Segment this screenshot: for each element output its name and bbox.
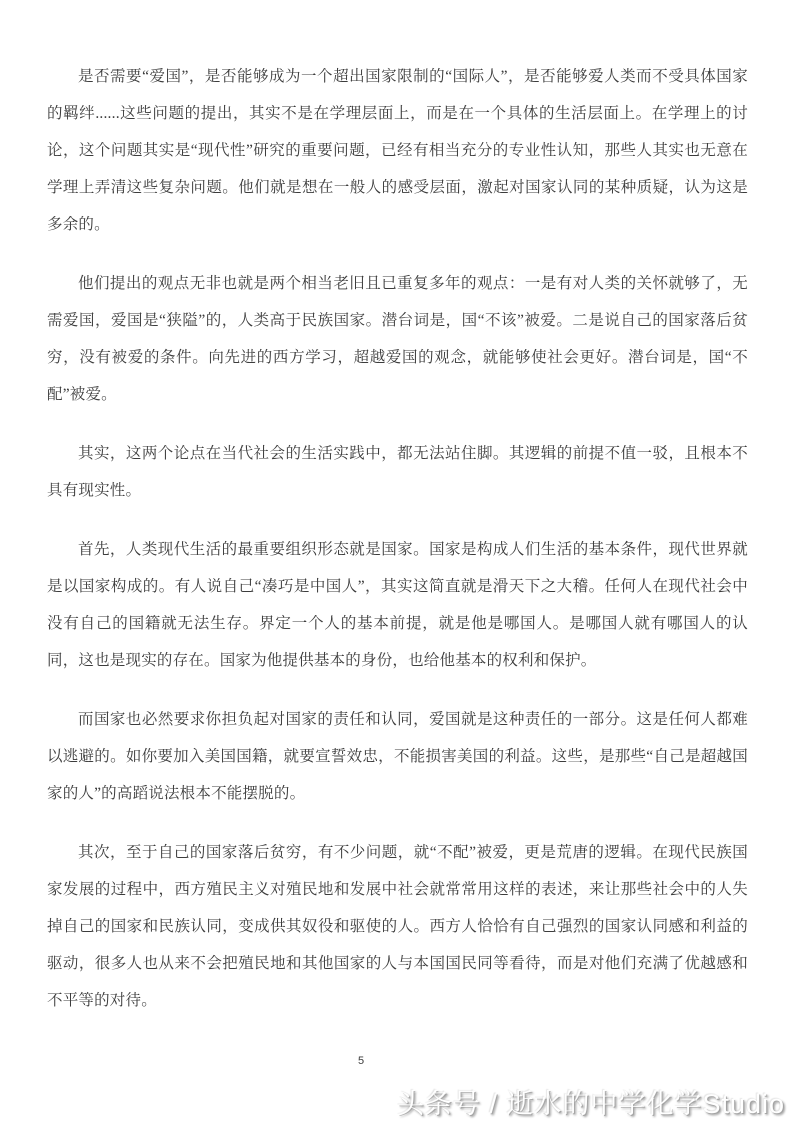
paragraph-3: 其实，这两个论点在当代社会的生活实践中，都无法站住脚。其逻辑的前提不值一驳，且根… (47, 435, 748, 509)
paragraph-2: 他们提出的观点无非也就是两个相当老旧且已重复多年的观点：一是有对人类的关怀就够了… (47, 265, 748, 413)
paragraph-5: 而国家也必然要求你担负起对国家的责任和认同，爱国就是这种责任的一部分。这是任何人… (47, 701, 748, 812)
paragraph-1: 是否需要“爱国”，是否能够成为一个超出国家限制的“国际人”，是否能够爱人类而不受… (47, 58, 748, 243)
document-page: 是否需要“爱国”，是否能够成为一个超出国家限制的“国际人”，是否能够爱人类而不受… (0, 0, 793, 1122)
watermark: 头条号 / 逝水的中学化学Studio (397, 1082, 785, 1121)
paragraph-4: 首先，人类现代生活的最重要组织形态就是国家。国家是构成人们生活的基本条件，现代世… (47, 531, 748, 679)
document-body: 是否需要“爱国”，是否能够成为一个超出国家限制的“国际人”，是否能够爱人类而不受… (47, 58, 748, 1041)
page-number: 5 (0, 1055, 722, 1067)
paragraph-6: 其次，至于自己的国家落后贫穷，有不少问题，就“不配”被爱，更是荒唐的逻辑。在现代… (47, 834, 748, 1019)
